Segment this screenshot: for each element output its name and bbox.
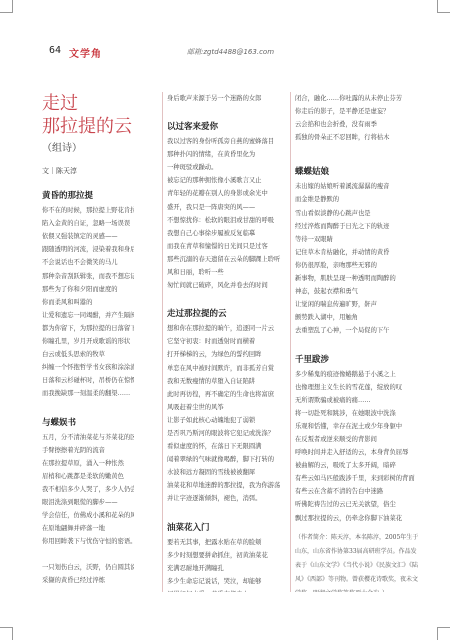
poem-line: 也像理想主义生长的雪花莲，绽放的叹 [295, 381, 420, 394]
poem-line: 日落和云杉碰杯时，吊桥仍在惊慄 [42, 374, 134, 387]
poem: 蝶蝶姑娘 未出嫁的姑娘听着溪流潺潺的瘦音而金维是静默的雪山看似淡静的心跳声也是经… [295, 164, 420, 337]
poem-line: 记住草木肯枯融化，并动情的黄昏 [295, 246, 420, 259]
poem-line: 是否巩乃斯河的眼波将它犯记或洗涤？ [167, 427, 287, 440]
poem-line: 身后歌声来源于另一个迷路的女郎 [167, 92, 287, 105]
poem-line: 在反叛者或逆来顺受的背影间 [295, 433, 420, 446]
poem-line: 而我挽缺那一刻温柔的翻渠…… [42, 387, 134, 400]
poem-title: 走过那拉提的云 [167, 306, 287, 322]
contact-email: 邮箱:zgtd4488@163.com [187, 47, 274, 57]
poem-body: 我以过客的身份听孤旁自燕的蜜蜂落目那种扑闪的情绪，在黄昏里化为一种斑驳或躁动。被… [167, 135, 287, 292]
poem-line: 五月，分不清油菜花与芥菜花的区别 [42, 431, 134, 444]
poem-line: 它坚守初衷：时而透射时而横着 [167, 335, 287, 348]
poem-line: 跟随透明的河流，浸染着我和身后 [42, 243, 134, 256]
poem-line: 那些沉溺的春天遗留在云朵的脚踝上聆听 [167, 253, 287, 266]
crop-mark-bottom-right [437, 627, 450, 640]
poem-body: 未出嫁的姑娘听着溪流潺潺的瘦音而金维是静默的雪山看似淡静的心跳声也是经过淬炼而陶… [295, 180, 420, 337]
poem-line: 看似虚度的怀，在落日下无限圆满 [167, 440, 287, 453]
poem-body: 你不在的时候，那拉提上野花肯拉着陷入金黄的自证，忽略一场误误依偎又强装镇定的灵感… [42, 204, 134, 400]
poem-line: 陷入金黄的自证，忽略一场误误 [42, 217, 134, 230]
crop-mark-top-right [437, 0, 450, 13]
poem-line: 未出嫁的姑娘听着溪流潺潺的瘦音 [295, 180, 420, 193]
poem-line: 而我在青草和憧憬的日光间只是过客 [167, 240, 287, 253]
poem-line: 而金维是静默的 [295, 193, 420, 206]
poem-line: 此时再彷徨，再不确定的生命也将富庶 [167, 388, 287, 401]
poem-line: 呼唤时间并走入舒适的云，本身背负屈辱 [295, 446, 420, 459]
poem-line: 闻着翠绿的气味就像喝醉，脚下打转的 [167, 453, 287, 466]
poem-line: 水波和远方凝固的雪线被被翻犀 [167, 466, 287, 479]
poem-line: 雪山看似淡静的心跳声也是 [295, 207, 420, 220]
article-subtitle: （组诗） [42, 142, 134, 156]
poem-line: 匆忙间就已破碎，风化并卷去的时间 [167, 279, 287, 292]
poem-line: 想和你在那拉提的晌午，追逐同一片云 [167, 322, 287, 335]
poem-line: 单恋在风中被时间默许，而非孤芳自赏 [167, 362, 287, 375]
poem-line: 无所谓欺骗或被痛的痛…… [295, 394, 420, 407]
poem-line: 那些为了你和夕阳而虚度的 [42, 283, 134, 296]
poem-line: 经过淬炼而陶醉于日光之下的轨迹 [295, 220, 420, 233]
poem: 走过那拉提的云 想和你在那拉提的晌午，追逐同一片云它坚守初衷：时而透射时而横着打… [167, 306, 287, 505]
poem-line: 盛开，我只是一阵唐突的风—— [167, 201, 287, 214]
poem-line: 风吸赶着尘世的风筝 [167, 401, 287, 414]
poem-line: 你瞳孔里，岁月开成歌谣的形状 [42, 335, 134, 348]
poem-line: 去重塑乱了心神，一个局促的下午 [295, 324, 420, 337]
poem-line: 风和日丽，聆听一些 [167, 266, 287, 279]
poem-line: 让觉闲的喘息传遍旷野，鼾声 [295, 298, 420, 311]
poem-line: 不想惊扰你：松软的眼泪或甘甜的呼吸 [167, 214, 287, 227]
poem-line: 有些云如马匹般跋涉千里，来到彩树的背面 [295, 472, 420, 485]
poem-line: 被忘记的那种拥怅像小溪歌言又止 [167, 174, 287, 187]
poem-line: 我不相信多少人哭了，多少人仍尝试 [42, 483, 134, 496]
poem-line: 打开梯梯的云，为绿色的誓约回眸 [167, 348, 287, 361]
poem-line: 有些云在含蓄不清的告白中迷路 [295, 485, 420, 498]
poem-line: 你用回眸袭下与忧伤守恒的密语。 [42, 535, 134, 548]
column-2: 身后歌声来源于另一个迷路的女郎 以过客来爱你 我以过客的身份听孤旁自燕的蜜蜂落目… [162, 92, 287, 592]
poem-line: 采撷的黄昏已经过淬炼 [42, 574, 134, 587]
poem-line: 在那拉提草原，涌入一种怅然 [42, 457, 134, 470]
lead-lines: 闭合，融化……你吐露的从未停止芬芳你走后的影子，是平静还是虚妄？云会掐和也会折叠… [295, 92, 420, 144]
poem-line: 要若无其事，把露水贴在草的脸颊 [167, 536, 287, 549]
poem-line: 我以过客的身份听孤旁自燕的蜜蜂落目 [167, 135, 287, 148]
poem-line: 白云或低头思索的牧草 [42, 348, 134, 361]
poem-title: 与蝶娱书 [42, 415, 134, 431]
poem-line: 眼泪洗涤到眼慌的脚步—— [42, 496, 134, 509]
column-1: 走过 那拉提的云 （组诗） 文｜陈天淳 黄昏的那拉提 你不在的时候，那拉提上野花… [42, 92, 134, 588]
poem-body: 五月，分不清油菜花与芥菜花的区别手臂擦擦着光阴的流音在那拉提草原，涌入一种怅然眉… [42, 431, 134, 588]
poem-line: 新事物，肌肤呈现一种透明而陶醉的 [295, 272, 420, 285]
crop-mark-top-left [0, 0, 13, 13]
poem-line: 那种扑闪的情绪，在黄昏里化为 [167, 148, 287, 161]
poem-line: 被曲解的云，吸吮了太多开阔，暗碎 [295, 459, 420, 472]
poem-title: 以过客来爱你 [167, 119, 287, 135]
poem-line: 闭合，融化……你吐露的从未停止芬芳 [295, 92, 420, 105]
article-title-line-2: 那拉提的云 [42, 115, 134, 138]
poem: 以过客来爱你 我以过客的身份听孤旁自燕的蜜蜂落目那种扑闪的情绪，在黄昏里化为一种… [167, 119, 287, 292]
poem: 油菜花入门 要若无其事，把露水贴在草的脸颊多少时刻想要拼命抓住，初黄油菜花充满忍… [167, 520, 287, 592]
poem-line: 不会说话也不会微笑的马儿 [42, 256, 134, 269]
poem-title: 千里跋涉 [295, 352, 420, 368]
poem-line: 纠缠一个怀抱哲学书女孩和涂涂流水 [42, 361, 134, 374]
author-bio: （作者简介：陈天淳，本名陈淳，2005年生于山东，山东省作协第33届高研班学员。… [295, 531, 420, 592]
poem-line: 眉梢和心跳都是柔软的嫩黄色 [42, 470, 134, 483]
poem-line: 在原地翩舞并碎落一地 [42, 522, 134, 535]
poem-line: 那种杂音刮跃辑张，而我不想忘记 [42, 270, 134, 283]
poem-line: 你不在的时候，那拉提上野花肯拉着 [42, 204, 134, 217]
poem-line: 你仍很厚脸，亲吻那些无邪的 [295, 259, 420, 272]
crop-mark-bottom-left [0, 627, 13, 640]
poem-line: 孤独的骨朵正不忍回眸，行将枯木 [295, 131, 420, 144]
poem-line: 充满忍耐地开满瞳孔 [167, 562, 287, 575]
poem-line: 你而柔风和叫嚣的 [42, 296, 134, 309]
author-byline: 文｜陈天淳 [42, 165, 134, 178]
poem-body: 多少稀鬼的痕迹像蜷鹅悬于小溪之上也像理想主义生长的雪花莲，绽放的叹无所谓欺骗或被… [295, 368, 420, 525]
poem-line: 将一切赴死和跳涉，在她眼波中洗涤 [295, 407, 420, 420]
poem: 黄昏的那拉提 你不在的时候，那拉提上野花肯拉着陷入金黄的自证，忽略一场误误依偎又… [42, 188, 134, 400]
poem-line: 一只划伤白云，沃野，仍自圆其说的 [42, 561, 134, 574]
poem-line: 多少生命忘记说话，哭泣，却能够 [167, 575, 287, 588]
poem-line: 一种斑驳或躁动。 [167, 161, 287, 174]
poem-line [42, 548, 134, 561]
poem-line: 我和无数瘦情的草堕入自证陷阱 [167, 375, 287, 388]
article-title-line-1: 走过 [42, 92, 134, 115]
poem: 与蝶娱书 五月，分不清油菜花与芥菜花的区别手臂擦擦着光阴的流音在那拉提草原，涌入… [42, 415, 134, 588]
poem-line: 神态，鼓起衣襟和勇气 [295, 285, 420, 298]
page-header: 64 文学角 邮箱:zgtd4488@163.com [49, 45, 409, 59]
poem-line: 等待一双眼睛 [295, 233, 420, 246]
poem-line: 青年轻的花瓣在别人的身影或余光中 [167, 187, 287, 200]
poem-line: 多少稀鬼的痕迹像蜷鹅悬于小溪之上 [295, 368, 420, 381]
poem-line: 让影子如此核心动魄地犯了弱锁 [167, 414, 287, 427]
poem-line: 手臂擦擦着光阴的流音 [42, 444, 134, 457]
poem-line: 依偎又强装镇定的灵感—— [42, 230, 134, 243]
poem-line: 飘过那拉提的云，仍牵念你脚下油菜花 [295, 512, 420, 525]
poem-line: 油菜花和草地迷醉的那拉提，我为你游荡 [167, 479, 287, 492]
poem-line: 云会掐和也会折叠，没有雨季 [295, 118, 420, 131]
poem-line: 我想自己心事徐步履被反复临摹 [167, 227, 287, 240]
page-number: 64 [49, 45, 61, 56]
section-title: 文学角 [69, 45, 102, 60]
poem-title: 蝶蝶姑娘 [295, 164, 420, 180]
poem-line: 让爱和遗忘一同竭酣，并产生隔阂的 [42, 309, 134, 322]
poem-line: 你走后的影子，是平静还是虚妄？ [295, 105, 420, 118]
poem-line: 记得如何去爱，黄昏在指尖上 [167, 588, 287, 592]
poem-line: 听佛陀祷告过的云已无关欲望，俗尘 [295, 498, 420, 511]
poem-body: 要若无其事，把露水贴在草的脸颊多少时刻想要拼命抓住，初黄油菜花充满忍耐地开满瞳孔… [167, 536, 287, 592]
poem-line: 都为你留下，为那拉提的日落留下 [42, 322, 134, 335]
poem-body: 想和你在那拉提的晌午，追逐同一片云它坚守初衷：时而透射时而横着打开梯梯的云，为绿… [167, 322, 287, 505]
poem-line: 学会信任，仿佛成小溪和花朵的风声 [42, 509, 134, 522]
poem-title: 黄昏的那拉提 [42, 188, 134, 204]
poem-line: 并让字迹逐渐倾斜，褪色，消弭。 [167, 492, 287, 505]
lead-lines: 身后歌声来源于另一个迷路的女郎 [167, 92, 287, 105]
poem-title: 油菜花入门 [167, 520, 287, 536]
column-3: 闭合，融化……你吐露的从未停止芬芳你走后的影子，是平静还是虚妄？云会掐和也会折叠… [290, 92, 420, 592]
poem-line: 乐观和恬懂，幸存在泥土或少年身躯中 [295, 420, 420, 433]
poem-line: 颤势跌入湖中，用触角 [295, 311, 420, 324]
poem-line: 多少时刻想要拼命抓住，初黄油菜花 [167, 549, 287, 562]
poem: 千里跋涉 多少稀鬼的痕迹像蜷鹅悬于小溪之上也像理想主义生长的雪花莲，绽放的叹无所… [295, 352, 420, 525]
